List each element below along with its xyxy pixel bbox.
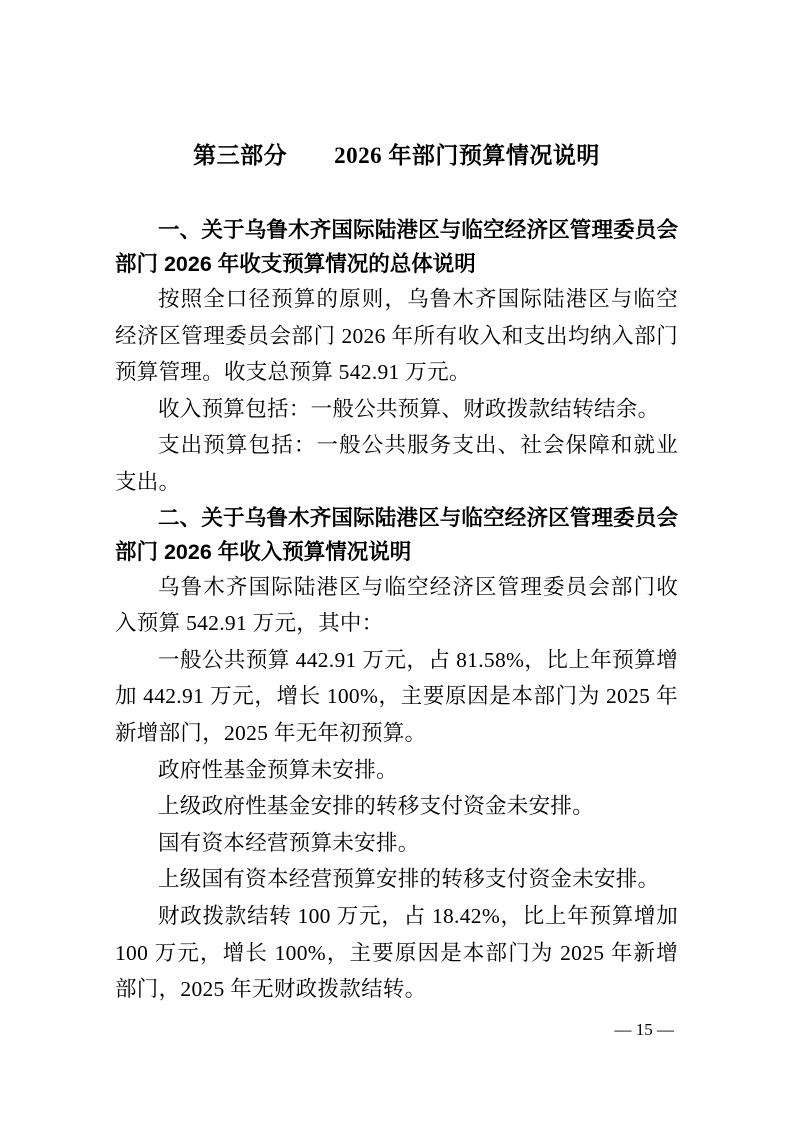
section-heading: 二、关于乌鲁木齐国际陆港区与临空经济区管理委员会部门 2026 年收入预算情况说… (115, 501, 678, 569)
body-paragraph: 政府性基金预算未安排。 (115, 752, 678, 789)
document-content: 第三部分 2026 年部门预算情况说明 一、关于乌鲁木齐国际陆港区与临空经济区管… (115, 140, 678, 1008)
body-paragraph: 按照全口径预算的原则，乌鲁木齐国际陆港区与临空经济区管理委员会部门 2026 年… (115, 281, 678, 391)
body-paragraph: 乌鲁木齐国际陆港区与临空经济区管理委员会部门收入预算 542.91 万元，其中： (115, 569, 678, 642)
body-paragraph: 国有资本经营预算未安排。 (115, 825, 678, 862)
body-paragraph: 上级政府性基金安排的转移支付资金未安排。 (115, 788, 678, 825)
body-paragraph: 支出预算包括：一般公共服务支出、社会保障和就业支出。 (115, 427, 678, 500)
body-paragraph: 收入预算包括：一般公共预算、财政拨款结转结余。 (115, 391, 678, 428)
document-page: 第三部分 2026 年部门预算情况说明 一、关于乌鲁木齐国际陆港区与临空经济区管… (0, 0, 793, 1122)
page-number: — 15 — (615, 1020, 675, 1040)
body-paragraph: 财政拨款结转 100 万元，占 18.42%，比上年预算增加 100 万元，增长… (115, 898, 678, 1008)
page-title: 第三部分 2026 年部门预算情况说明 (115, 140, 678, 172)
body-paragraph: 一般公共预算 442.91 万元，占 81.58%，比上年预算增加 442.91… (115, 642, 678, 752)
section-heading: 一、关于乌鲁木齐国际陆港区与临空经济区管理委员会部门 2026 年收支预算情况的… (115, 213, 678, 281)
body-paragraph: 上级国有资本经营预算安排的转移支付资金未安排。 (115, 861, 678, 898)
